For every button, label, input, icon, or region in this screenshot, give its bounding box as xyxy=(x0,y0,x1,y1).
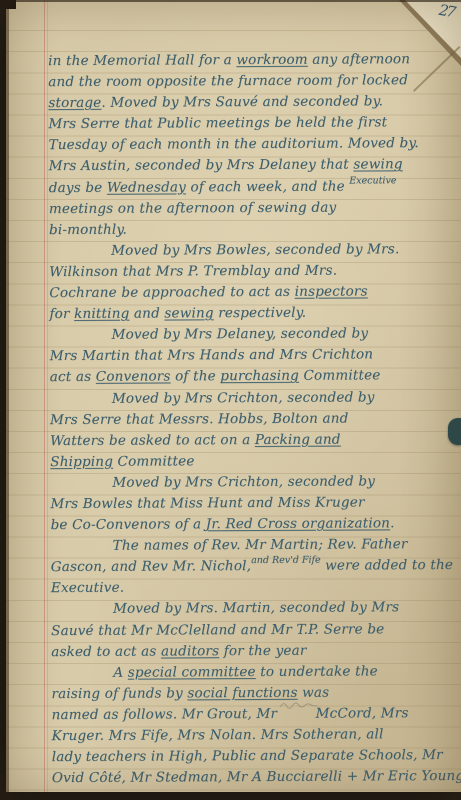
scan-edge-top xyxy=(0,0,461,2)
handwritten-line: Tuesday of each month in the auditorium.… xyxy=(49,133,457,156)
handwritten-text: Executive xyxy=(349,175,396,186)
handwritten-line: for knitting and sewing respectively. xyxy=(49,302,457,325)
handwritten-text: Sauvé that Mr McClelland and Mr T.P. Ser… xyxy=(51,621,384,639)
handwritten-text: Moved by Mrs Delaney, seconded by xyxy=(112,326,369,343)
handwritten-text: Committee xyxy=(299,368,381,384)
handwritten-line: Moved by Mrs Bowles, seconded by Mrs. xyxy=(49,239,457,262)
handwritten-text: . xyxy=(390,515,395,531)
handwritten-line: Moved by Mrs Crichton, seconded by xyxy=(50,386,458,409)
handwritten-text: sewing xyxy=(353,157,402,173)
handwritten-line: A special committee to undertake the xyxy=(51,661,459,684)
handwritten-text: meetings on the afternoon of sewing day xyxy=(49,199,336,217)
handwritten-text: Moved by Mrs Crichton, seconded by xyxy=(112,389,375,406)
handwritten-text: Mrs Serre that Messrs. Hobbs, Bolton and xyxy=(50,410,349,428)
handwritten-text: Executive. xyxy=(51,580,124,596)
handwritten-line: Mrs Martin that Mrs Hands and Mrs Cricht… xyxy=(50,344,458,367)
handwritten-line: and the room opposite the furnace room f… xyxy=(48,70,456,93)
handwritten-text: auditors xyxy=(161,643,219,659)
handwritten-text: sewing xyxy=(164,305,213,321)
handwritten-text: were added to the xyxy=(321,557,453,574)
handwritten-line: in the Memorial Hall for a workroom any … xyxy=(48,49,456,72)
scan-edge-bottom xyxy=(0,792,461,800)
handwritten-text: Jr. Red Cross organization xyxy=(206,515,390,532)
handwritten-text: Ovid Côté, Mr Stedman, Mr A Bucciarelli … xyxy=(52,768,461,786)
handwritten-line: named as follows. Mr Grout, Mr McCord, M… xyxy=(51,703,459,726)
handwritten-text: storage xyxy=(48,95,101,111)
handwritten-text: Wednesday xyxy=(107,179,186,195)
handwritten-text: Shipping xyxy=(50,454,113,470)
handwritten-line: The names of Rev. Mr Martin; Rev. Father xyxy=(51,534,459,557)
handwritten-line: Watters be asked to act on a Packing and xyxy=(50,429,458,452)
handwritten-line: bi-monthly. xyxy=(49,218,457,241)
handwritten-text: be Co-Convenors of a xyxy=(51,516,206,533)
handwritten-text: Moved by Mrs. Martin, seconded by Mrs xyxy=(113,600,399,617)
handwritten-text: Tuesday of each month in the auditorium.… xyxy=(49,136,419,154)
handwritten-text: workroom xyxy=(236,52,308,68)
handwritten-text: Cochrane be approached to act as xyxy=(49,284,294,301)
handwritten-line: Mrs Serre that Messrs. Hobbs, Bolton and xyxy=(50,408,458,431)
margin-line xyxy=(44,0,45,800)
handwritten-line: raising of funds by social functions was xyxy=(51,682,459,705)
handwritten-text: named as follows. Mr Grout, Mr xyxy=(52,706,282,723)
handwritten-text: for xyxy=(49,306,74,322)
handwritten-text: days be xyxy=(49,179,107,195)
handwritten-line: lady teachers in High, Public and Separa… xyxy=(52,745,460,768)
handwritten-text: act as xyxy=(50,369,96,385)
handwritten-text: Committee xyxy=(113,453,195,469)
handwritten-text: asked to act as xyxy=(51,643,161,660)
handwritten-text: bi-monthly. xyxy=(49,221,127,237)
handwritten-text: . Moved by Mrs Sauvé and seconded by. xyxy=(101,94,383,111)
handwritten-line: Shipping Committee xyxy=(50,450,458,473)
handwritten-text: Mrs Serre that Public meetings be held t… xyxy=(48,115,387,133)
handwritten-line: Ovid Côté, Mr Stedman, Mr A Bucciarelli … xyxy=(52,766,460,789)
handwritten-text: to undertake the xyxy=(256,663,378,680)
handwritten-text: purchasing xyxy=(220,368,299,384)
handwritten-text: Moved by Mrs Crichton, seconded by xyxy=(112,473,375,490)
handwritten-line: Mrs Bowles that Miss Hunt and Miss Kruge… xyxy=(50,492,458,515)
handwritten-text: any afternoon xyxy=(308,51,410,68)
handwritten-text: respectively. xyxy=(214,305,307,321)
handwritten-line: meetings on the afternoon of sewing day xyxy=(49,197,457,220)
handwritten-text: and Rev'd Fife xyxy=(251,555,321,566)
handwritten-text: Packing and xyxy=(255,431,341,447)
handwritten-line: Moved by Mrs. Martin, seconded by Mrs xyxy=(51,597,459,620)
handwritten-text: lady teachers in High, Public and Separa… xyxy=(52,747,443,765)
handwritten-text: Wilkinson that Mrs P. Tremblay and Mrs. xyxy=(49,262,337,280)
handwritten-line: storage. Moved by Mrs Sauvé and seconded… xyxy=(48,91,456,114)
handwritten-line: Sauvé that Mr McClelland and Mr T.P. Ser… xyxy=(51,618,459,641)
handwritten-text: Watters be asked to act on a xyxy=(50,432,255,449)
handwritten-text: in the Memorial Hall for a xyxy=(48,52,236,69)
handwritten-text: for the year xyxy=(219,642,306,658)
handwritten-line: Executive. xyxy=(51,576,459,599)
handwritten-line: Gascon, and Rev Mr. Nichol,and Rev'd Fif… xyxy=(51,555,459,578)
handwritten-text: special committee xyxy=(128,664,256,681)
handwritten-text: raising of funds by xyxy=(51,685,187,702)
handwritten-line: act as Convenors of the purchasing Commi… xyxy=(50,365,458,388)
handwritten-text: of the xyxy=(171,369,221,385)
handwritten-line: Moved by Mrs Crichton, seconded by xyxy=(50,471,458,494)
handwritten-text: and xyxy=(129,306,164,322)
handwritten-line: Cochrane be approached to act as inspect… xyxy=(49,281,457,304)
handwriting-block: in the Memorial Hall for a workroom any … xyxy=(48,49,460,789)
pencil-annotation xyxy=(280,696,320,706)
handwritten-line: Mrs Serre that Public meetings be held t… xyxy=(48,112,456,135)
page-number: 27 xyxy=(437,1,455,21)
handwritten-line: Kruger. Mrs Fife, Mrs Nolan. Mrs Sothera… xyxy=(52,724,460,747)
handwritten-text: Moved by Mrs Bowles, seconded by Mrs. xyxy=(111,241,399,259)
handwritten-text: McCord, Mrs xyxy=(316,705,409,721)
handwritten-text: inspectors xyxy=(295,283,368,299)
handwritten-text: Gascon, and Rev Mr. Nichol, xyxy=(51,558,251,575)
scan-edge-corner xyxy=(0,0,16,9)
page-edge-mark xyxy=(448,418,461,445)
handwritten-text: Convenors xyxy=(96,369,171,385)
handwritten-text: Mrs Austin, seconded by Mrs Delaney that xyxy=(49,157,354,175)
handwritten-line: Moved by Mrs Delaney, seconded by xyxy=(50,323,458,346)
scan-edge-left-soft xyxy=(6,0,9,800)
handwritten-text: Kruger. Mrs Fife, Mrs Nolan. Mrs Sothera… xyxy=(52,726,384,744)
handwritten-text: Mrs Bowles that Miss Hunt and Miss Kruge… xyxy=(50,494,364,512)
handwritten-text: and the room opposite the furnace room f… xyxy=(48,72,408,90)
handwritten-text: of each week, and the xyxy=(186,178,349,195)
handwritten-text: A xyxy=(113,664,128,680)
handwritten-line: Wilkinson that Mrs P. Tremblay and Mrs. xyxy=(49,260,457,283)
handwritten-text: The names of Rev. Mr Martin; Rev. Father xyxy=(113,536,408,554)
handwritten-text: Mrs Martin that Mrs Hands and Mrs Cricht… xyxy=(50,347,374,365)
handwritten-line: days be Wednesday of each week, and the … xyxy=(49,175,457,198)
notebook-page: in the Memorial Hall for a workroom any … xyxy=(0,0,461,800)
handwritten-text: knitting xyxy=(74,306,129,322)
handwritten-line: Mrs Austin, seconded by Mrs Delaney that… xyxy=(49,154,457,177)
handwritten-line: be Co-Convenors of a Jr. Red Cross organ… xyxy=(50,513,458,536)
handwritten-line: asked to act as auditors for the year xyxy=(51,640,459,663)
